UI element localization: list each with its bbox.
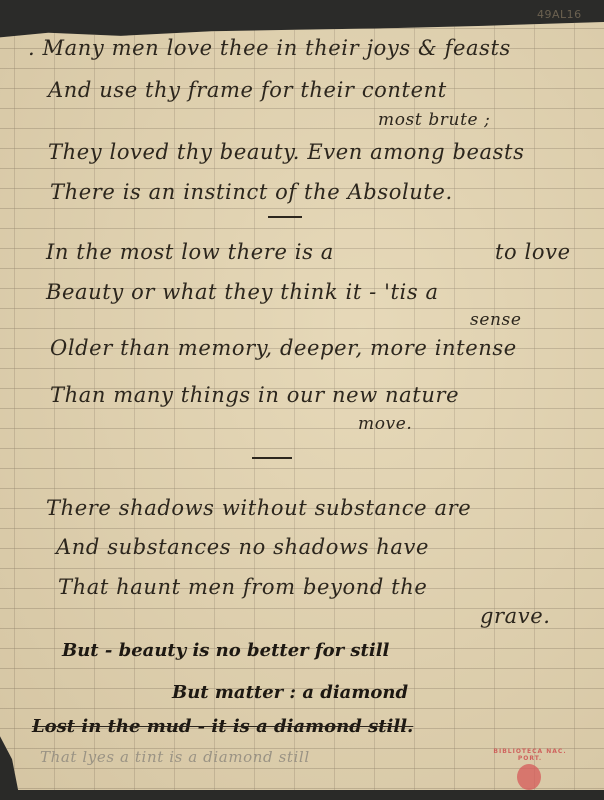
stanza-3-line-3-end: grave. bbox=[480, 604, 551, 628]
draft-line-2: But matter : a diamond bbox=[172, 682, 408, 703]
pencil-draft-line: That lyes a tint is a diamond still bbox=[40, 748, 310, 766]
section-divider bbox=[268, 216, 302, 218]
stanza-2-line-1: In the most low there is a bbox=[46, 240, 334, 264]
stanza-1-line-1: . Many men love thee in their joys & fea… bbox=[28, 36, 511, 60]
stanza-2-line-4: Than many things in our new nature bbox=[50, 383, 459, 407]
stanza-1-line-4: There is an instinct of the Absolute. bbox=[50, 180, 453, 204]
catalog-number: 49AL16 bbox=[537, 8, 582, 21]
stanza-2-line-1-end: to love bbox=[495, 240, 571, 264]
library-stamp: BIBLIOTECA NAC. PORT. bbox=[490, 748, 570, 792]
draft-line-1: But - beauty is no better for still bbox=[62, 640, 389, 661]
stanza-3-line-1: There shadows without substance are bbox=[46, 496, 471, 520]
section-divider-2 bbox=[252, 457, 292, 459]
crest-icon bbox=[517, 764, 541, 790]
stanza-2-interlinear-2: sense bbox=[470, 310, 522, 330]
stanza-1-line-2: And use thy frame for their content bbox=[48, 78, 447, 102]
stanza-1-line-3: They loved thy beauty. Even among beasts bbox=[48, 140, 524, 164]
stanza-2-line-3: Older than memory, deeper, more intense bbox=[50, 336, 517, 360]
stamp-text: BIBLIOTECA NAC. PORT. bbox=[490, 748, 570, 762]
stanza-2-line-2: Beauty or what they think it - 'tis a bbox=[46, 280, 439, 304]
stanza-3-line-3: That haunt men from beyond the bbox=[58, 575, 427, 599]
draft-line-3-struck: Lost in the mud - it is a diamond still. bbox=[32, 716, 413, 737]
stanza-3-line-2: And substances no shadows have bbox=[56, 535, 429, 559]
stanza-1-interlinear-2: most brute ; bbox=[378, 110, 491, 130]
stanza-2-interlinear-4: move. bbox=[358, 414, 412, 434]
